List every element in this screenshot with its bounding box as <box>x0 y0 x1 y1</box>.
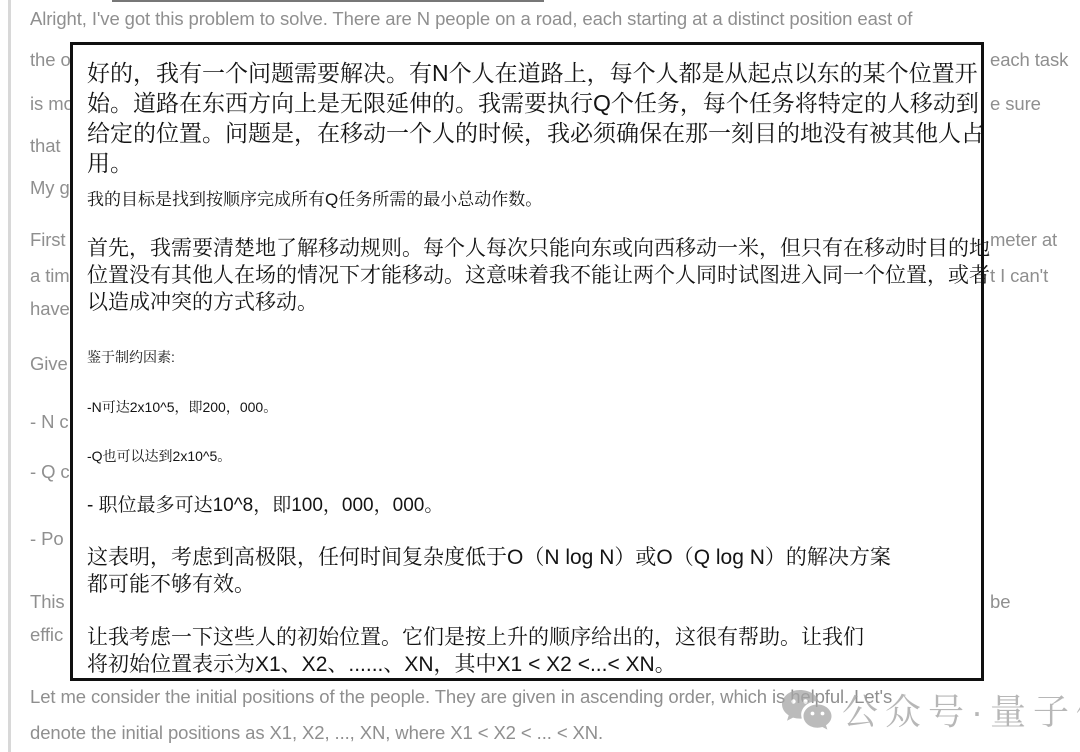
translated-paragraph: 这表明，考虑到高极限，任何时间复杂度低于O（N log N）或O（Q log N… <box>87 544 891 598</box>
translated-line: 位置没有其他人在场的情况下才能移动。这意味着我不能让两个人同时试图进入同一个位置… <box>87 262 990 289</box>
watermark: 公众号·量子位 <box>780 684 1080 735</box>
background-text-line: My g <box>30 176 70 200</box>
translated-line: -N可达2x10^5，即200，000。 <box>87 398 277 417</box>
translated-line: 我的目标是找到按顺序完成所有Q任务所需的最小总动作数。 <box>87 189 542 211</box>
translated-line: 始。道路在东西方向上是无限延伸的。我需要执行Q个任务，每个任务将特定的人移动到 <box>87 88 984 118</box>
translated-line: - 职位最多可达10^8，即100，000，000。 <box>87 493 443 518</box>
background-text-line: each task <box>990 48 1068 72</box>
translated-paragraph: 让我考虑一下这些人的初始位置。它们是按上升的顺序给出的，这很有帮助。让我们将初始… <box>87 624 864 678</box>
translated-line: -Q也可以达到2x10^5。 <box>87 447 231 466</box>
background-text-line: effic <box>30 623 63 647</box>
background-text-line: be <box>990 590 1010 614</box>
translated-line: 都可能不够有效。 <box>87 571 891 598</box>
background-text-line: First <box>30 228 65 252</box>
article-page: Alright, I've got this problem to solve.… <box>0 0 1080 752</box>
translated-paragraph: -N可达2x10^5，即200，000。 <box>87 398 277 417</box>
background-text-line: Let me consider the initial positions of… <box>30 685 892 709</box>
blockquote-bar <box>8 0 11 752</box>
background-text-line: - Q c <box>30 460 70 484</box>
background-text-line: that <box>30 134 60 158</box>
translated-line: 给定的位置。问题是，在移动一个人的时候，我必须确保在那一刻目的地没有被其他人占 <box>87 118 984 148</box>
translated-paragraph: -Q也可以达到2x10^5。 <box>87 447 231 466</box>
background-text-line: denote the initial positions as X1, X2, … <box>30 721 603 745</box>
background-text-line: - N c <box>30 410 69 434</box>
background-text-line: This <box>30 590 65 614</box>
watermark-text: 公众号·量子位 <box>842 684 1080 735</box>
translated-line: 鉴于制约因素: <box>87 348 175 367</box>
translated-paragraph: 好的，我有一个问题需要解决。有N个人在道路上，每个人都是从起点以东的某个位置开始… <box>87 58 984 178</box>
translated-paragraph: - 职位最多可达10^8，即100，000，000。 <box>87 493 443 518</box>
translated-paragraph: 鉴于制约因素: <box>87 348 175 367</box>
translated-paragraph: 我的目标是找到按顺序完成所有Q任务所需的最小总动作数。 <box>87 189 542 211</box>
translated-line: 以造成冲突的方式移动。 <box>87 289 990 316</box>
background-text-line: the o <box>30 48 71 72</box>
translation-overlay-box[interactable]: 好的，我有一个问题需要解决。有N个人在道路上，每个人都是从起点以东的某个位置开始… <box>70 42 984 681</box>
background-text-line: have <box>30 297 70 321</box>
translated-line: 好的，我有一个问题需要解决。有N个人在道路上，每个人都是从起点以东的某个位置开 <box>87 58 984 88</box>
translated-line: 这表明，考虑到高极限，任何时间复杂度低于O（N log N）或O（Q log N… <box>87 544 891 571</box>
background-text-line: t I can't <box>990 264 1048 288</box>
wechat-icon <box>780 688 832 732</box>
translated-paragraph: 首先，我需要清楚地了解移动规则。每个人每次只能向东或向西移动一米，但只有在移动时… <box>87 235 990 316</box>
translated-line: 将初始位置表示为X1、X2、......、XN，其中X1 < X2 <...< … <box>87 651 864 678</box>
background-text-line: Give <box>30 352 68 376</box>
translated-line: 用。 <box>87 148 984 178</box>
background-text-line: - Po <box>30 527 64 551</box>
background-text-line: is mo <box>30 92 74 116</box>
background-text-line: meter at <box>990 228 1057 252</box>
background-text-line: a tim <box>30 264 70 288</box>
cut-off-line-remnant <box>112 0 544 2</box>
background-text-line: Alright, I've got this problem to solve.… <box>30 7 912 31</box>
background-text-line: e sure <box>990 92 1041 116</box>
translated-line: 让我考虑一下这些人的初始位置。它们是按上升的顺序给出的，这很有帮助。让我们 <box>87 624 864 651</box>
translated-line: 首先，我需要清楚地了解移动规则。每个人每次只能向东或向西移动一米，但只有在移动时… <box>87 235 990 262</box>
